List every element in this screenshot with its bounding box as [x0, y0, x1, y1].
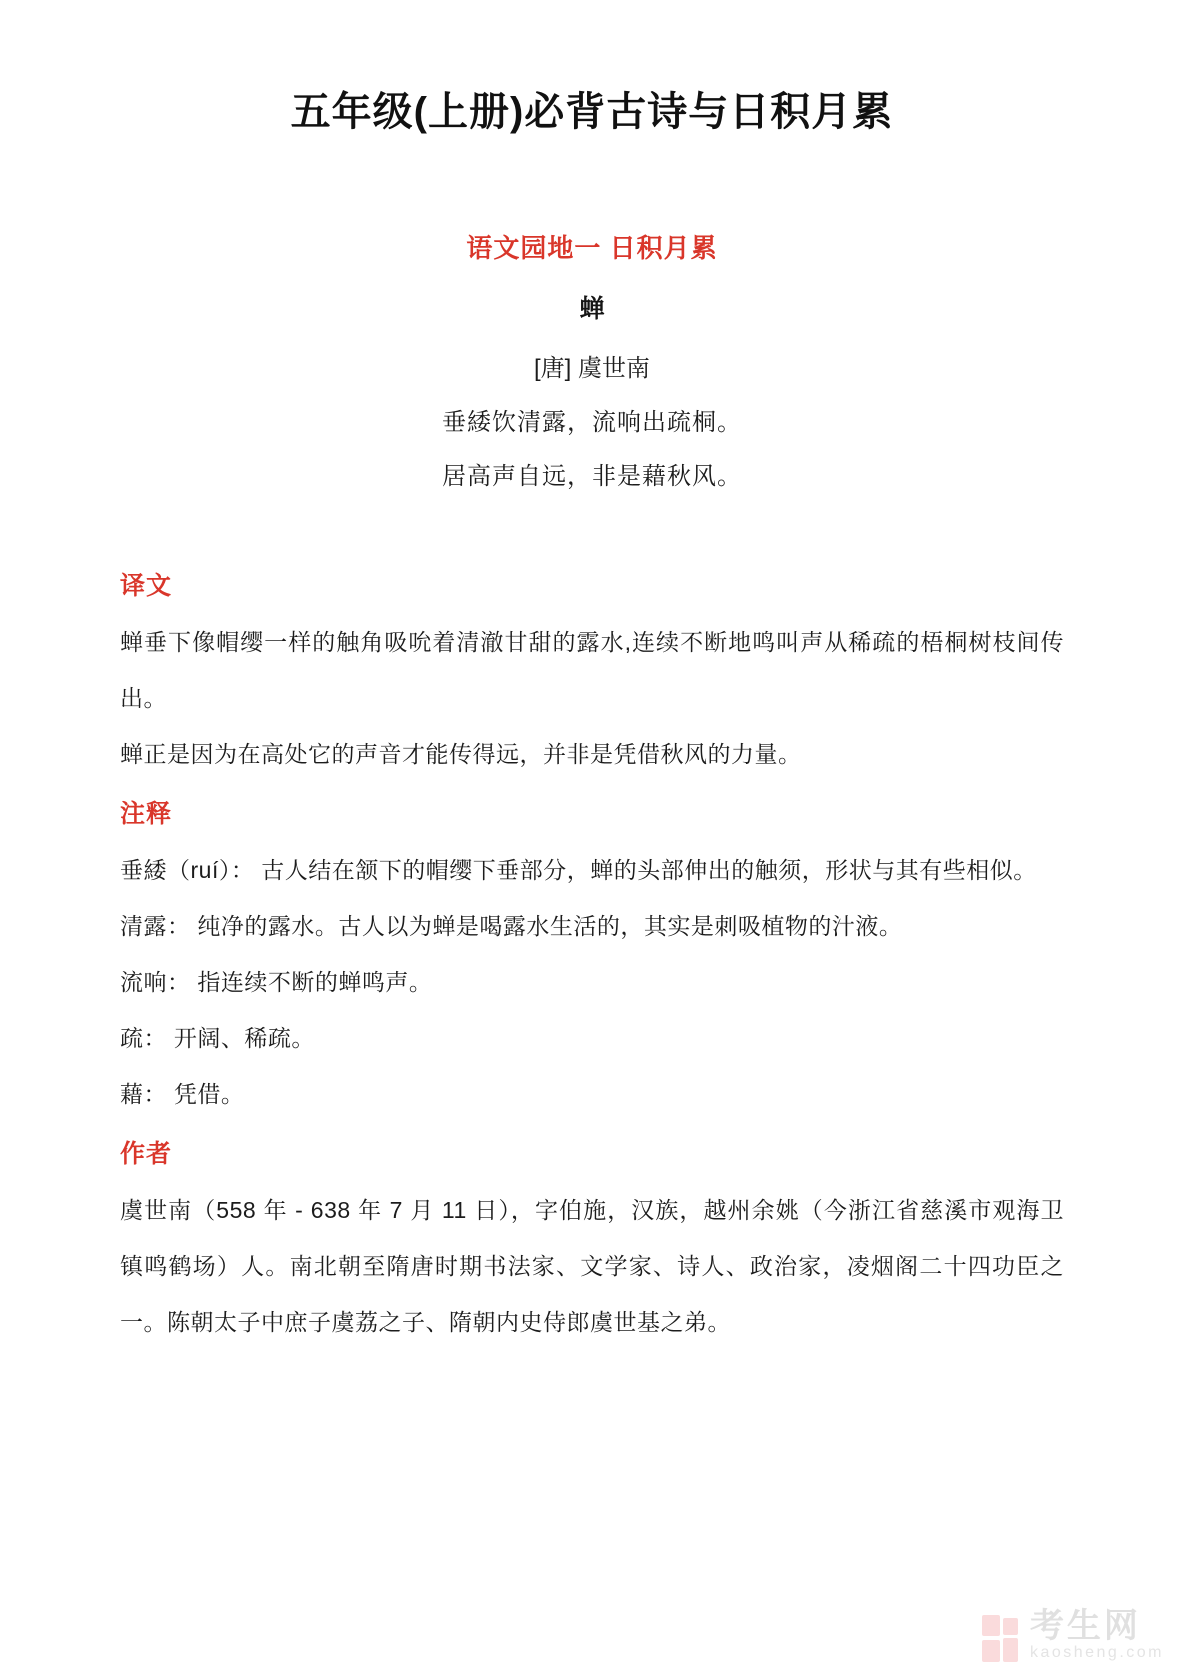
translation-heading: 译文 — [120, 558, 1064, 614]
page-title: 五年级(上册)必背古诗与日积月累 — [120, 88, 1064, 136]
unit-heading: 语文园地一 日积月累 — [120, 234, 1064, 262]
note-item: 流响： 指连续不断的蝉鸣声。 — [120, 954, 1064, 1010]
document-page: 五年级(上册)必背古诗与日积月累 语文园地一 日积月累 蝉 [唐] 虞世南 垂緌… — [0, 0, 1184, 1676]
watermark-domain: kaosheng.com — [1030, 1644, 1164, 1662]
note-item: 藉： 凭借。 — [120, 1066, 1064, 1122]
translation-paragraph: 蝉垂下像帽缨一样的触角吸吮着清澈甘甜的露水,连续不断地鸣叫声从稀疏的梧桐树枝间传… — [120, 614, 1064, 726]
author-bio: 虞世南（558 年 - 638 年 7 月 11 日），字伯施，汉族，越州余姚（… — [120, 1182, 1064, 1350]
watermark-site-name: 考生网 — [1030, 1608, 1141, 1644]
poem-author-line: [唐] 虞世南 — [120, 356, 1064, 382]
kaosheng-watermark: 考生网 kaosheng.com — [982, 1608, 1164, 1662]
poem-title: 蝉 — [120, 296, 1064, 323]
translation-paragraph: 蝉正是因为在高处它的声音才能传得远，并非是凭借秋风的力量。 — [120, 726, 1064, 782]
author-heading: 作者 — [120, 1126, 1064, 1182]
poem-line-1: 垂緌饮清露，流响出疏桐。 — [120, 410, 1064, 436]
kaosheng-logo-icon — [982, 1615, 1018, 1662]
watermark-text: 考生网 kaosheng.com — [1030, 1608, 1164, 1662]
note-item: 清露： 纯净的露水。古人以为蝉是喝露水生活的，其实是刺吸植物的汁液。 — [120, 898, 1064, 954]
note-item: 垂緌（ruí）： 古人结在颔下的帽缨下垂部分，蝉的头部伸出的触须，形状与其有些相… — [120, 842, 1064, 898]
poem-line-2: 居高声自远，非是藉秋风。 — [120, 464, 1064, 490]
notes-heading: 注释 — [120, 786, 1064, 842]
note-item: 疏： 开阔、稀疏。 — [120, 1010, 1064, 1066]
